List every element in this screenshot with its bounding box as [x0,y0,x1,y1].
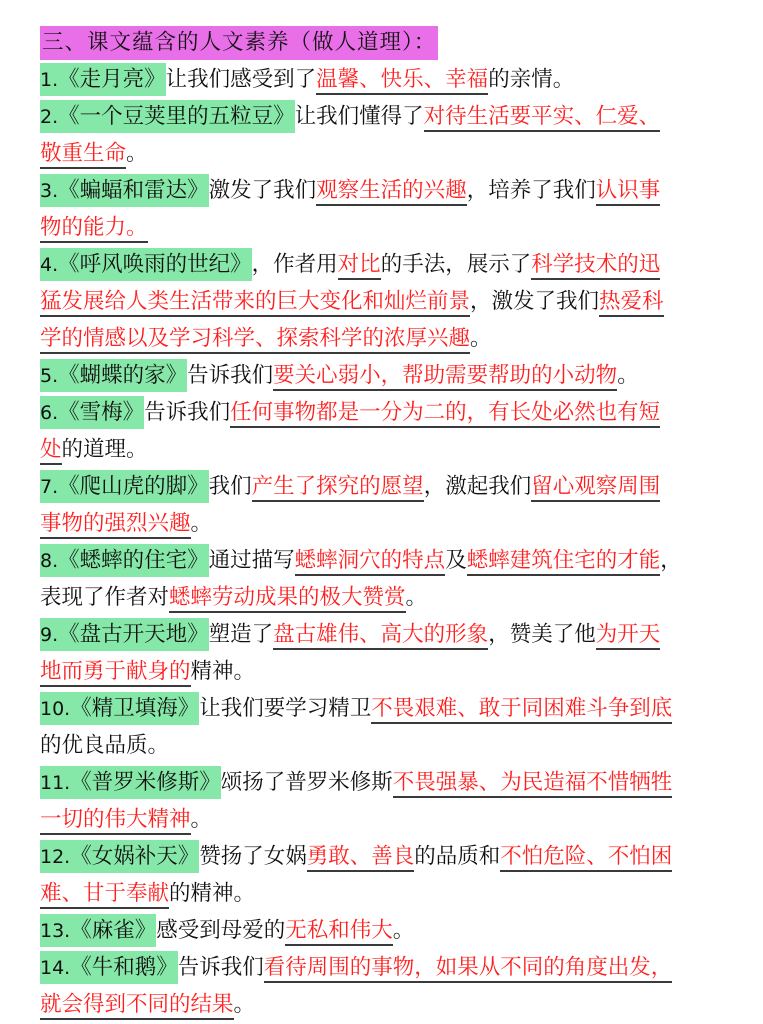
item-9: 9.《盘古开天地》塑造了盘古雄伟、高大的形象，赞美了他为开天 地而勇于献身的精神… [40,616,730,690]
answer-text: 勇敢、善良 [307,844,415,872]
body-text: 的道理。 [62,437,148,462]
section-heading: 三、课文蕴含的人文素养（做人道理）： [40,26,438,60]
item-number: 9. [40,624,58,646]
answer-text: 热爱科 [599,289,664,317]
item-line: 处的道理。 [40,431,730,468]
item-line: 2.《一个豆荚里的五粒豆》让我们懂得了对待生活要平实、仁爱、 [40,98,730,135]
lesson-title: 3.《蝙蝠和雷达》 [40,174,209,207]
item-2: 2.《一个豆荚里的五粒豆》让我们懂得了对待生活要平实、仁爱、 敬重生命。 [40,98,730,172]
body-text: 通过描写 [209,548,295,573]
body-text: 塑造了 [209,622,274,647]
lesson-title: 4.《呼风唤雨的世纪》 [40,248,252,281]
body-text: ，激起我们 [424,474,532,499]
item-number: 13. [40,920,70,942]
answer-text: 难、甘于奉献 [40,881,169,909]
item-line: 敬重生命。 [40,135,730,172]
item-14: 14.《牛和鹅》告诉我们看待周围的事物，如果从不同的角度出发， 就会得到不同的结… [40,949,730,1023]
body-text: ，作者用 [252,252,338,277]
item-line: 5.《蝴蝶的家》告诉我们要关心弱小，帮助需要帮助的小动物。 [40,357,730,394]
body-text: 的手法，展示了 [381,252,532,277]
lesson-title: 5.《蝴蝶的家》 [40,359,187,392]
answer-text: 看待周围的事物，如果从不同的角度出发， [264,955,673,983]
item-line: 表现了作者对蟋蟀劳动成果的极大赞赏。 [40,579,730,616]
body-text: 。 [191,511,213,536]
item-line: 4.《呼风唤雨的世纪》，作者用对比的手法，展示了科学技术的迅 [40,246,730,283]
answer-text: 温馨、快乐、幸福 [316,67,488,95]
lesson-name: 《蟋蟀的住宅》 [58,548,209,573]
item-number: 5. [40,365,58,387]
item-number: 2. [40,106,58,128]
answer-text: 就会得到不同的结果 [40,992,234,1020]
answer-text: 产生了探究的愿望 [252,474,424,502]
body-text: 精神。 [191,659,256,684]
item-line: 13.《麻雀》感受到母爱的无私和伟大。 [40,912,730,949]
lesson-name: 《普罗米修斯》 [70,770,221,795]
item-11: 11.《普罗米修斯》颂扬了普罗米修斯不畏强暴、为民造福不惜牺牲 一切的伟大精神。 [40,764,730,838]
body-text: 。 [191,807,213,832]
answer-text: 敬重生命 [40,141,126,169]
answer-text: 不怕危险、不怕困 [500,844,672,872]
body-text: 表现了作者对 [40,585,169,610]
answer-text: 为开天 [596,622,661,650]
item-line: 11.《普罗米修斯》颂扬了普罗米修斯不畏强暴、为民造福不惜牺牲 [40,764,730,801]
item-number: 6. [40,402,58,424]
item-line: 物的能力。 [40,209,730,246]
body-text: 的亲情。 [488,67,574,92]
item-line: 8.《蟋蟀的住宅》通过描写蟋蟀洞穴的特点及蟋蟀建筑住宅的才能， [40,542,730,579]
item-line: 12.《女娲补天》赞扬了女娲勇敢、善良的品质和不怕危险、不怕困 [40,838,730,875]
body-text: 。 [406,585,428,610]
answer-text: 留心观察周围 [531,474,660,502]
answer-text: 一切的伟大精神 [40,807,191,835]
answer-text: 要关心弱小，帮助需要帮助的小动物 [273,363,617,391]
lesson-name: 《走月亮》 [58,67,166,92]
answer-text: 地而勇于献身的 [40,659,191,687]
lesson-name: 《呼风唤雨的世纪》 [58,252,252,277]
item-line: 6.《雪梅》告诉我们任何事物都是一分为二的，有长处必然也有短 [40,394,730,431]
item-line: 学的情感以及学习科学、探索科学的浓厚兴趣。 [40,320,730,357]
item-line: 就会得到不同的结果。 [40,986,730,1023]
lesson-title: 11.《普罗米修斯》 [40,766,221,799]
lesson-name: 《麻雀》 [70,918,156,943]
item-3: 3.《蝙蝠和雷达》激发了我们观察生活的兴趣，培养了我们认识事 物的能力。 [40,172,730,246]
answer-text: 认识事 [596,178,661,206]
answer-text: 事物的强烈兴趣 [40,511,191,539]
item-line: 猛发展给人类生活带来的巨大变化和灿烂前景，激发了我们热爱科 [40,283,730,320]
body-text: 告诉我们 [144,400,230,425]
lesson-name: 《精卫填海》 [70,696,199,721]
lesson-title: 12.《女娲补天》 [40,840,199,873]
lesson-title: 7.《爬山虎的脚》 [40,470,209,503]
answer-text: 任何事物都是一分为二的，有长处必然也有短 [230,400,660,428]
item-7: 7.《爬山虎的脚》我们产生了探究的愿望，激起我们留心观察周围 事物的强烈兴趣。 [40,468,730,542]
lesson-name: 《牛和鹅》 [70,955,178,980]
item-number: 14. [40,957,70,979]
body-text: 的优良品质。 [40,733,169,758]
lesson-title: 13.《麻雀》 [40,914,156,947]
item-number: 11. [40,772,70,794]
item-line: 地而勇于献身的精神。 [40,653,730,690]
item-number: 1. [40,69,58,91]
item-number: 12. [40,846,70,868]
item-number: 7. [40,476,58,498]
lesson-name: 《蝙蝠和雷达》 [58,178,209,203]
item-line: 10.《精卫填海》让我们要学习精卫不畏艰难、敢于同困难斗争到底 [40,690,730,727]
lesson-title: 9.《盘古开天地》 [40,618,209,651]
body-text: 让我们要学习精卫 [199,696,371,721]
answer-text: 不畏艰难、敢于同困难斗争到底 [371,696,672,724]
body-text: 我们 [209,474,252,499]
answer-text: 蟋蟀建筑住宅的才能 [467,548,661,576]
lesson-title: 8.《蟋蟀的住宅》 [40,544,209,577]
item-line: 3.《蝙蝠和雷达》激发了我们观察生活的兴趣，培养了我们认识事 [40,172,730,209]
body-text: 告诉我们 [178,955,264,980]
body-text: 告诉我们 [187,363,273,388]
body-text: 。 [393,918,415,943]
answer-text: 无私和伟大 [285,918,393,946]
body-text: 。 [470,326,492,351]
item-line: 事物的强烈兴趣。 [40,505,730,542]
heading-line: 三、课文蕴含的人文素养（做人道理）： [40,24,730,61]
item-line: 的优良品质。 [40,727,730,764]
lesson-name: 《雪梅》 [58,400,144,425]
item-8: 8.《蟋蟀的住宅》通过描写蟋蟀洞穴的特点及蟋蟀建筑住宅的才能， 表现了作者对蟋蟀… [40,542,730,616]
lesson-name: 《女娲补天》 [70,844,199,869]
answer-text: 观察生活的兴趣 [316,178,467,206]
item-line: 1.《走月亮》让我们感受到了温馨、快乐、幸福的亲情。 [40,61,730,98]
item-line: 一切的伟大精神。 [40,801,730,838]
answer-text: 科学技术的迅 [531,252,660,280]
lesson-name: 《盘古开天地》 [58,622,209,647]
lesson-title: 10.《精卫填海》 [40,692,199,725]
body-text: 让我们感受到了 [166,67,317,92]
item-10: 10.《精卫填海》让我们要学习精卫不畏艰难、敢于同困难斗争到底 的优良品质。 [40,690,730,764]
answer-text: 盘古雄伟、高大的形象 [273,622,488,650]
body-text: 赞扬了女娲 [199,844,307,869]
item-number: 10. [40,698,70,720]
item-6: 6.《雪梅》告诉我们任何事物都是一分为二的，有长处必然也有短 处的道理。 [40,394,730,468]
lesson-name: 《蝴蝶的家》 [58,363,187,388]
item-number: 4. [40,254,58,276]
item-4: 4.《呼风唤雨的世纪》，作者用对比的手法，展示了科学技术的迅 猛发展给人类生活带… [40,246,730,357]
body-text: 激发了我们 [209,178,317,203]
answer-text: 蟋蟀劳动成果的极大赞赏 [169,585,406,613]
item-line: 7.《爬山虎的脚》我们产生了探究的愿望，激起我们留心观察周围 [40,468,730,505]
body-text: ，赞美了他 [488,622,596,647]
answer-text: 蟋蟀洞穴的特点 [295,548,446,576]
body-text: 及 [445,548,467,573]
lesson-title: 2.《一个豆荚里的五粒豆》 [40,100,295,133]
answer-text: 学的情感以及学习科学、探索科学的浓厚兴趣 [40,326,470,354]
body-text: 。 [126,141,148,166]
lesson-name: 《一个豆荚里的五粒豆》 [58,104,295,129]
item-13: 13.《麻雀》感受到母爱的无私和伟大。 [40,912,730,949]
body-text: 让我们懂得了 [295,104,424,129]
body-text: ，激发了我们 [470,289,599,314]
body-text: ，培养了我们 [467,178,596,203]
item-line: 9.《盘古开天地》塑造了盘古雄伟、高大的形象，赞美了他为开天 [40,616,730,653]
lesson-title: 1.《走月亮》 [40,63,166,96]
body-text: 的精神。 [169,881,255,906]
answer-text: 对待生活要平实、仁爱、 [424,104,661,132]
body-text: 。 [234,992,256,1017]
item-line: 14.《牛和鹅》告诉我们看待周围的事物，如果从不同的角度出发， [40,949,730,986]
body-text: ， [660,548,682,573]
answer-text: 对比 [338,252,381,280]
item-12: 12.《女娲补天》赞扬了女娲勇敢、善良的品质和不怕危险、不怕困 难、甘于奉献的精… [40,838,730,912]
lesson-title: 6.《雪梅》 [40,396,144,429]
item-number: 8. [40,550,58,572]
body-text: 。 [617,363,639,388]
document-page: 三、课文蕴含的人文素养（做人道理）： 1.《走月亮》让我们感受到了温馨、快乐、幸… [40,24,730,1023]
item-number: 3. [40,180,58,202]
body-text: 颂扬了普罗米修斯 [221,770,393,795]
lesson-title: 14.《牛和鹅》 [40,951,178,984]
answer-text: 不畏强暴、为民造福不惜牺牲 [393,770,673,798]
item-1: 1.《走月亮》让我们感受到了温馨、快乐、幸福的亲情。 [40,61,730,98]
answer-text: 猛发展给人类生活带来的巨大变化和灿烂前景 [40,289,470,317]
body-text: 感受到母爱的 [156,918,285,943]
item-5: 5.《蝴蝶的家》告诉我们要关心弱小，帮助需要帮助的小动物。 [40,357,730,394]
item-line: 难、甘于奉献的精神。 [40,875,730,912]
body-text: 的品质和 [414,844,500,869]
answer-text: 物的能力。 [40,215,148,243]
lesson-name: 《爬山虎的脚》 [58,474,209,499]
answer-text: 处 [40,437,62,465]
